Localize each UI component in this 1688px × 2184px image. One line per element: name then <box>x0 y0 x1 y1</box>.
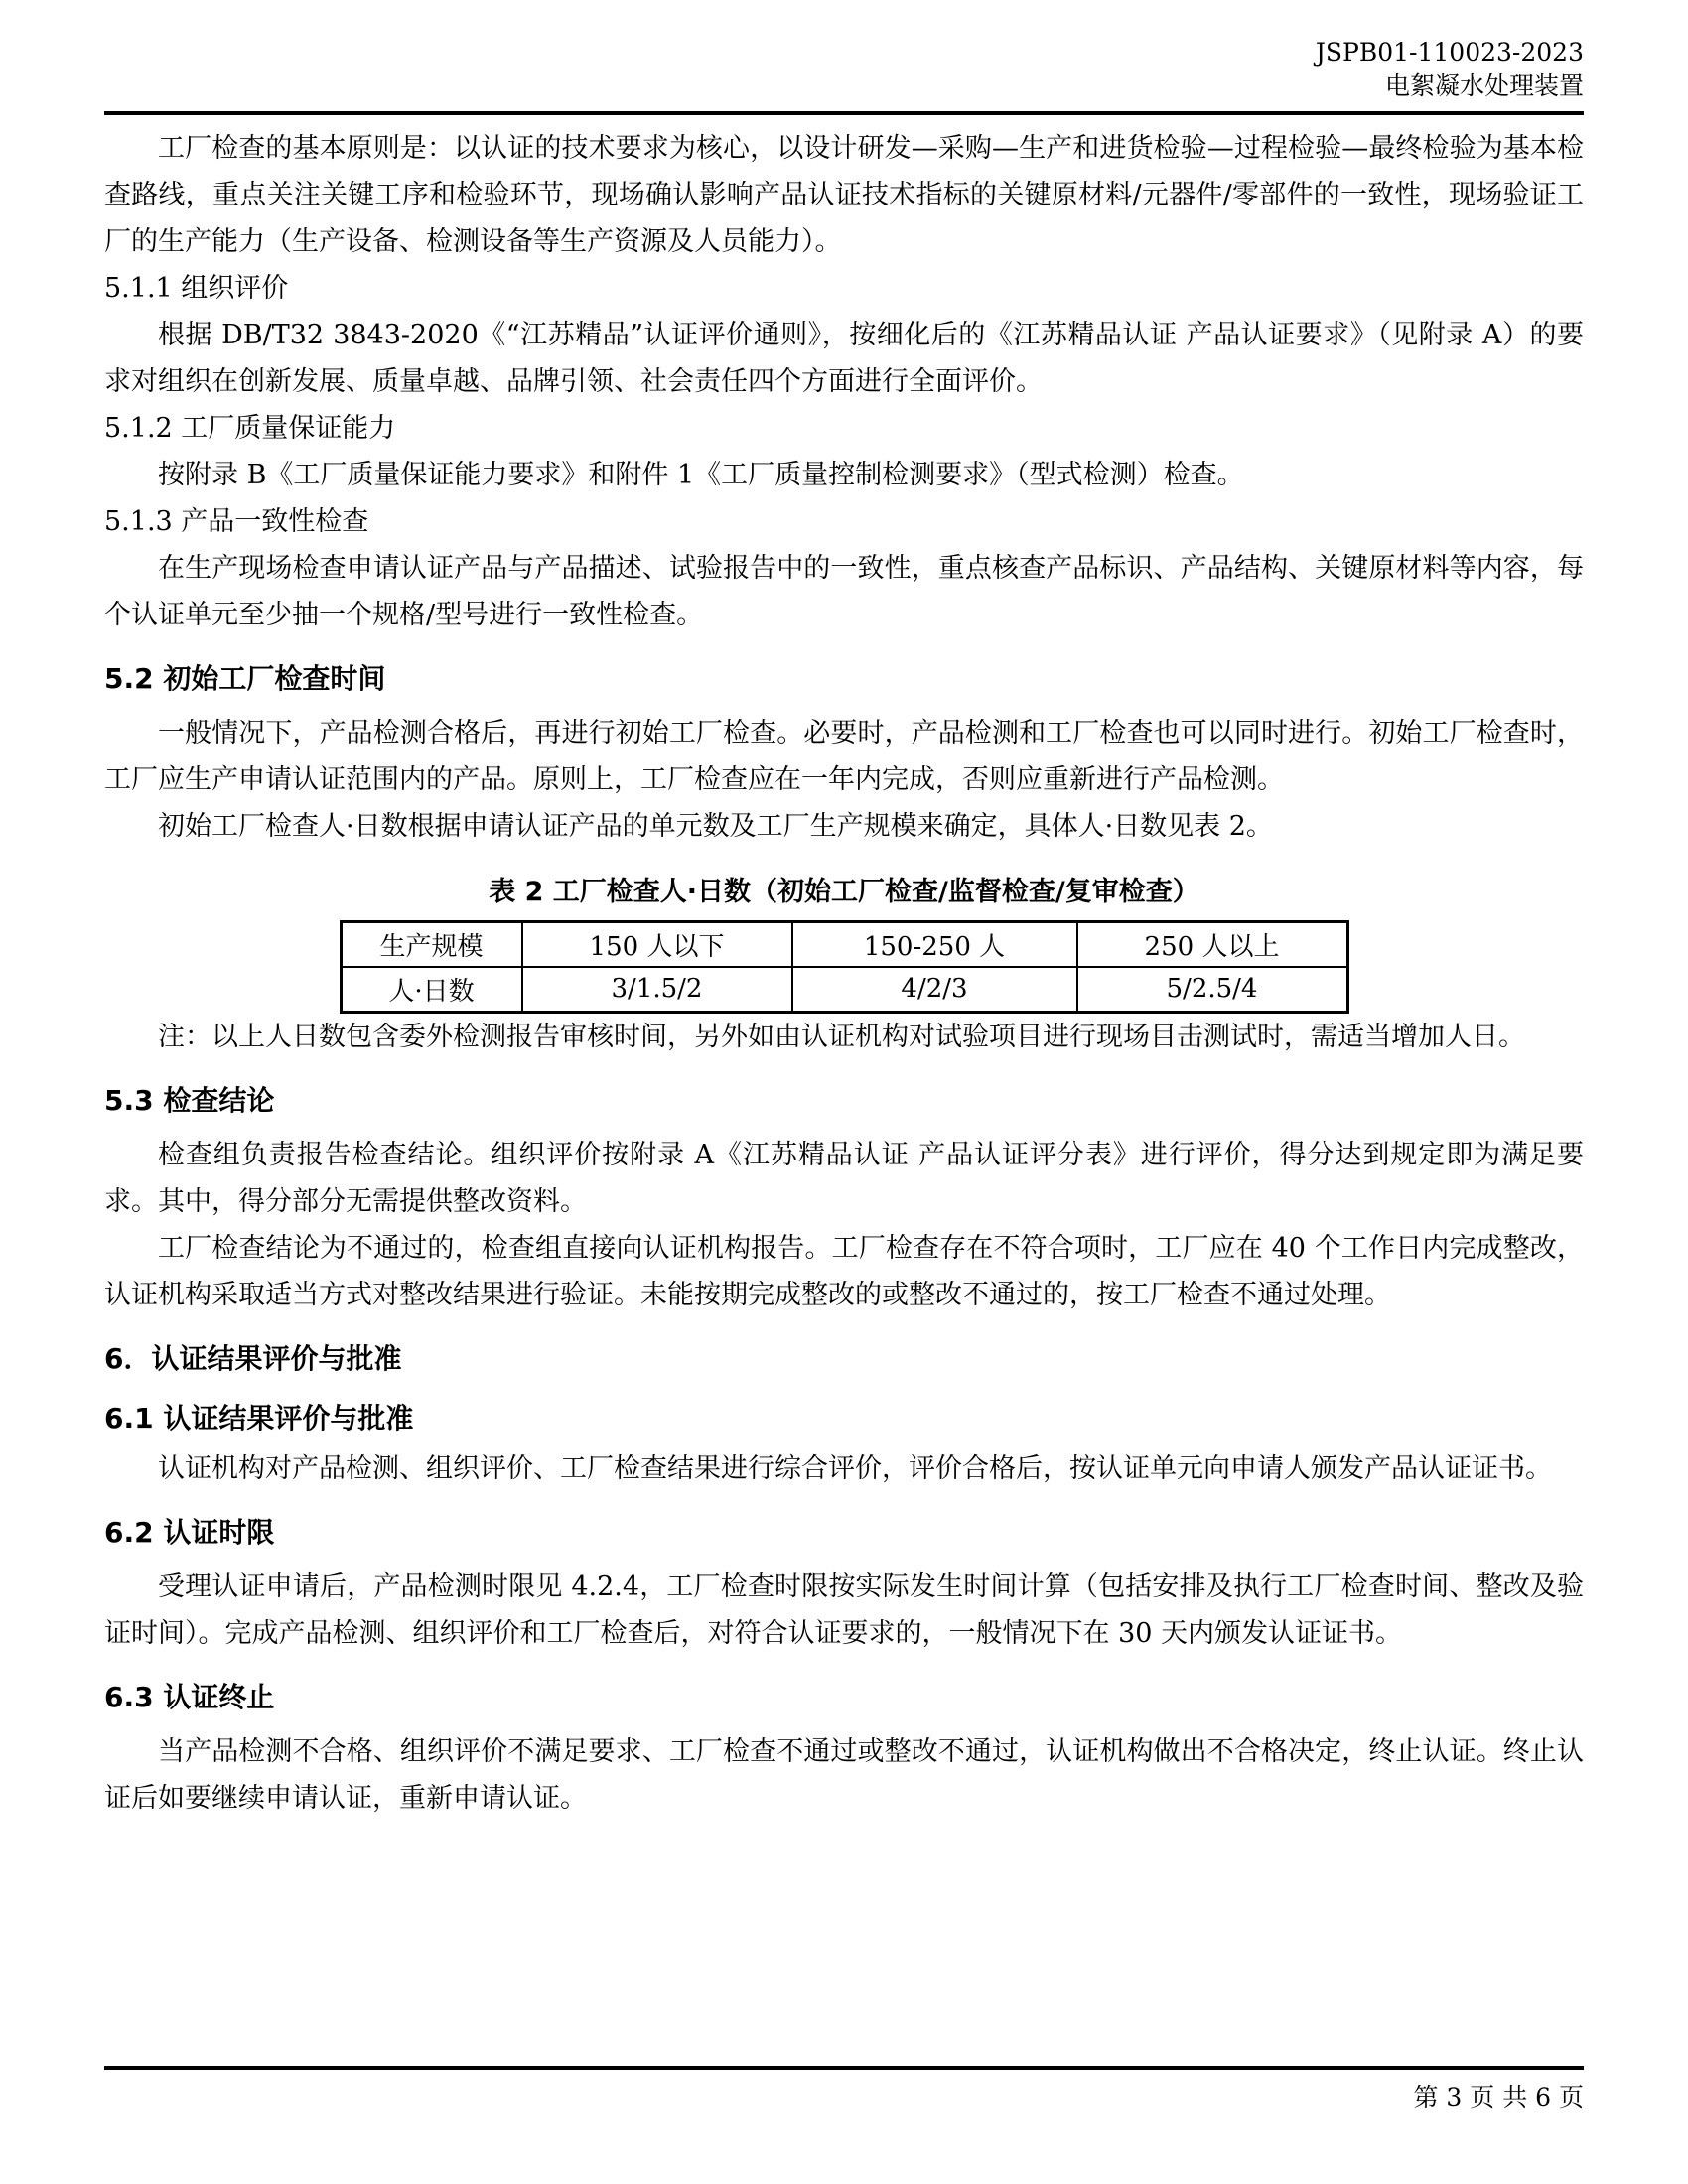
page-footer: 第 3 页 共 6 页 <box>104 2066 1584 2114</box>
heading-5-1-2: 5.1.2 工厂质量保证能力 <box>104 405 1584 452</box>
table-cell: 3/1.5/2 <box>522 967 792 1013</box>
document-page: JSPB01-110023-2023 电絮凝水处理装置 工厂检查的基本原则是：以… <box>0 0 1688 2184</box>
heading-5-3: 5.3 检查结论 <box>104 1078 1584 1124</box>
header-rule <box>104 111 1584 115</box>
paragraph-5-3-a: 检查组负责报告检查结论。组织评价按附录 A《江苏精品认证 产品认证评分表》进行评… <box>104 1132 1584 1225</box>
heading-6-2: 6.2 认证时限 <box>104 1510 1584 1556</box>
paragraph-5-1-1: 根据 DB/T32 3843-2020《“江苏精品”认证评价通则》，按细化后的《… <box>104 312 1584 405</box>
doc-number: JSPB01-110023-2023 <box>104 36 1584 69</box>
table-cell: 250 人以上 <box>1077 921 1348 967</box>
table-cell: 人·日数 <box>341 967 522 1013</box>
table2-person-days: 生产规模 150 人以下 150-250 人 250 人以上 人·日数 3/1.… <box>340 920 1349 1014</box>
table-cell: 150 人以下 <box>522 921 792 967</box>
paragraph-5-2-b: 初始工厂检查人·日数根据申请认证产品的单元数及工厂生产规模来确定，具体人·日数见… <box>104 803 1584 850</box>
page-number: 第 3 页 共 6 页 <box>1413 2083 1584 2112</box>
table-cell: 5/2.5/4 <box>1077 967 1348 1013</box>
table-row: 生产规模 150 人以下 150-250 人 250 人以上 <box>341 921 1347 967</box>
table-cell: 生产规模 <box>341 921 522 967</box>
heading-6-1: 6.1 认证结果评价与批准 <box>104 1396 1584 1441</box>
paragraph-5-1-3: 在生产现场检查申请认证产品与产品描述、试验报告中的一致性，重点核查产品标识、产品… <box>104 545 1584 638</box>
paragraph-6-1: 认证机构对产品检测、组织评价、工厂检查结果进行综合评价，评价合格后，按认证单元向… <box>104 1445 1584 1492</box>
doc-title: 电絮凝水处理装置 <box>104 69 1584 103</box>
table-cell: 150-250 人 <box>792 921 1077 967</box>
table-row: 人·日数 3/1.5/2 4/2/3 5/2.5/4 <box>341 967 1347 1013</box>
heading-6: 6．认证结果评价与批准 <box>104 1336 1584 1382</box>
paragraph-table-note: 注：以上人日数包含委外检测报告审核时间，另外如由认证机构对试验项目进行现场目击测… <box>104 1014 1584 1060</box>
table-cell: 4/2/3 <box>792 967 1077 1013</box>
paragraph-5-1-2: 按附录 B《工厂质量保证能力要求》和附件 1《工厂质量控制检测要求》（型式检测）… <box>104 452 1584 498</box>
paragraph-6-2: 受理认证申请后，产品检测时限见 4.2.4，工厂检查时限按实际发生时间计算（包括… <box>104 1564 1584 1657</box>
paragraph-5-2-a: 一般情况下，产品检测合格后，再进行初始工厂检查。必要时，产品检测和工厂检查也可以… <box>104 710 1584 803</box>
heading-5-1-1: 5.1.1 组织评价 <box>104 265 1584 312</box>
table2-title: 表 2 工厂检查人·日数（初始工厂检查/监督检查/复审检查） <box>104 870 1584 908</box>
document-header: JSPB01-110023-2023 电絮凝水处理装置 <box>104 36 1584 103</box>
heading-6-3: 6.3 认证终止 <box>104 1675 1584 1720</box>
paragraph-6-3: 当产品检测不合格、组织评价不满足要求、工厂检查不通过或整改不通过，认证机构做出不… <box>104 1728 1584 1822</box>
heading-5-1-3: 5.1.3 产品一致性检查 <box>104 498 1584 545</box>
paragraph-5-3-b: 工厂检查结论为不通过的，检查组直接向认证机构报告。工厂检查存在不符合项时，工厂应… <box>104 1225 1584 1318</box>
paragraph-intro: 工厂检查的基本原则是：以认证的技术要求为核心，以设计研发—采购—生产和进货检验—… <box>104 125 1584 265</box>
heading-5-2: 5.2 初始工厂检查时间 <box>104 656 1584 702</box>
